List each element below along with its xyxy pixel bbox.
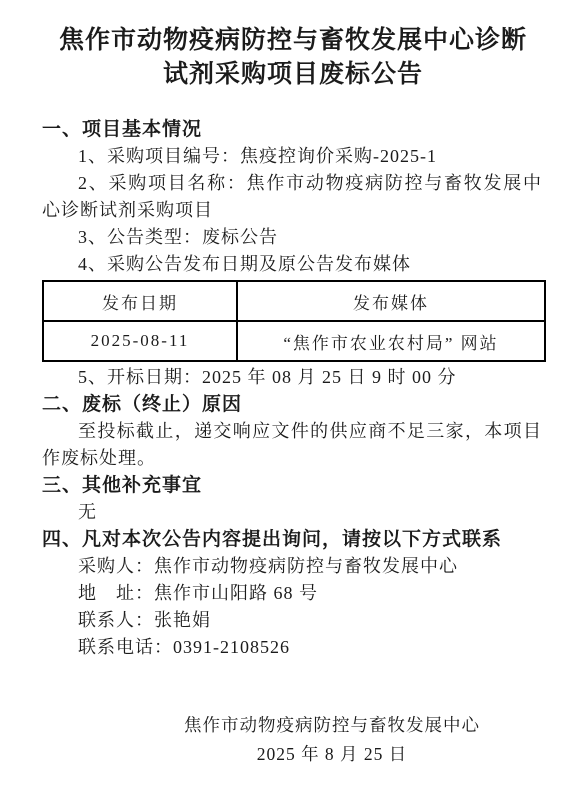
section-basic-info-heading: 一、项目基本情况 xyxy=(42,116,544,143)
signature-organization: 焦作市动物疫病防控与畜牧发展中心 xyxy=(184,711,480,740)
publication-info-line: 4、采购公告发布日期及原公告发布媒体 xyxy=(42,251,542,278)
page-title: 焦作市动物疫病防控与畜牧发展中心诊断 试剂采购项目废标公告 xyxy=(42,24,544,92)
section-reason: 二、废标（终止）原因 至投标截止，递交响应文件的供应商不足三家，本项目作废标处理… xyxy=(42,391,544,472)
announcement-type-line: 3、公告类型：废标公告 xyxy=(42,224,542,251)
publication-table: 发布日期 发布媒体 2025-08-11 “焦作市农业农村局” 网站 xyxy=(42,280,546,362)
table-row: 2025-08-11 “焦作市农业农村局” 网站 xyxy=(43,321,545,361)
project-number-line: 1、采购项目编号：焦疫控询价采购-2025-1 xyxy=(42,143,542,170)
cell-publish-media: “焦作市农业农村局” 网站 xyxy=(237,321,545,361)
supplement-text: 无 xyxy=(42,499,542,526)
section-supplement-heading: 三、其他补充事宜 xyxy=(42,472,544,499)
publication-table-header: 发布日期 发布媒体 xyxy=(43,281,545,321)
table-header-row: 发布日期 发布媒体 xyxy=(43,281,545,321)
section-contact-heading: 四、凡对本次公告内容提出询问，请按以下方式联系 xyxy=(42,526,544,553)
publication-table-body: 2025-08-11 “焦作市农业农村局” 网站 xyxy=(43,321,545,361)
signature-block: 焦作市动物疫病防控与畜牧发展中心 2025 年 8 月 25 日 xyxy=(184,711,480,769)
section-basic-info: 一、项目基本情况 1、采购项目编号：焦疫控询价采购-2025-1 2、采购项目名… xyxy=(42,116,544,391)
page-title-line1: 焦作市动物疫病防控与畜牧发展中心诊断 xyxy=(42,24,544,58)
contact-person-line: 联系人：张艳娟 xyxy=(42,607,542,634)
section-reason-heading: 二、废标（终止）原因 xyxy=(42,391,544,418)
reason-text: 至投标截止，递交响应文件的供应商不足三家，本项目作废标处理。 xyxy=(42,418,542,472)
header-publish-date: 发布日期 xyxy=(43,281,237,321)
contact-phone-line: 联系电话：0391-2108526 xyxy=(42,634,542,661)
section-contact: 四、凡对本次公告内容提出询问，请按以下方式联系 采购人：焦作市动物疫病防控与畜牧… xyxy=(42,526,544,661)
announcement-document: 焦作市动物疫病防控与畜牧发展中心诊断 试剂采购项目废标公告 一、项目基本情况 1… xyxy=(0,0,583,786)
contact-buyer-line: 采购人：焦作市动物疫病防控与畜牧发展中心 xyxy=(42,553,542,580)
bid-opening-date-line: 5、开标日期：2025 年 08 月 25 日 9 时 00 分 xyxy=(42,364,542,391)
project-name-line: 2、采购项目名称：焦作市动物疫病防控与畜牧发展中心诊断试剂采购项目 xyxy=(42,170,542,224)
signature-date: 2025 年 8 月 25 日 xyxy=(184,740,480,769)
cell-publish-date: 2025-08-11 xyxy=(43,321,237,361)
page-title-line2: 试剂采购项目废标公告 xyxy=(42,58,544,92)
contact-address-line: 地 址：焦作市山阳路 68 号 xyxy=(42,580,542,607)
header-publish-media: 发布媒体 xyxy=(237,281,545,321)
section-supplement: 三、其他补充事宜 无 xyxy=(42,472,544,526)
